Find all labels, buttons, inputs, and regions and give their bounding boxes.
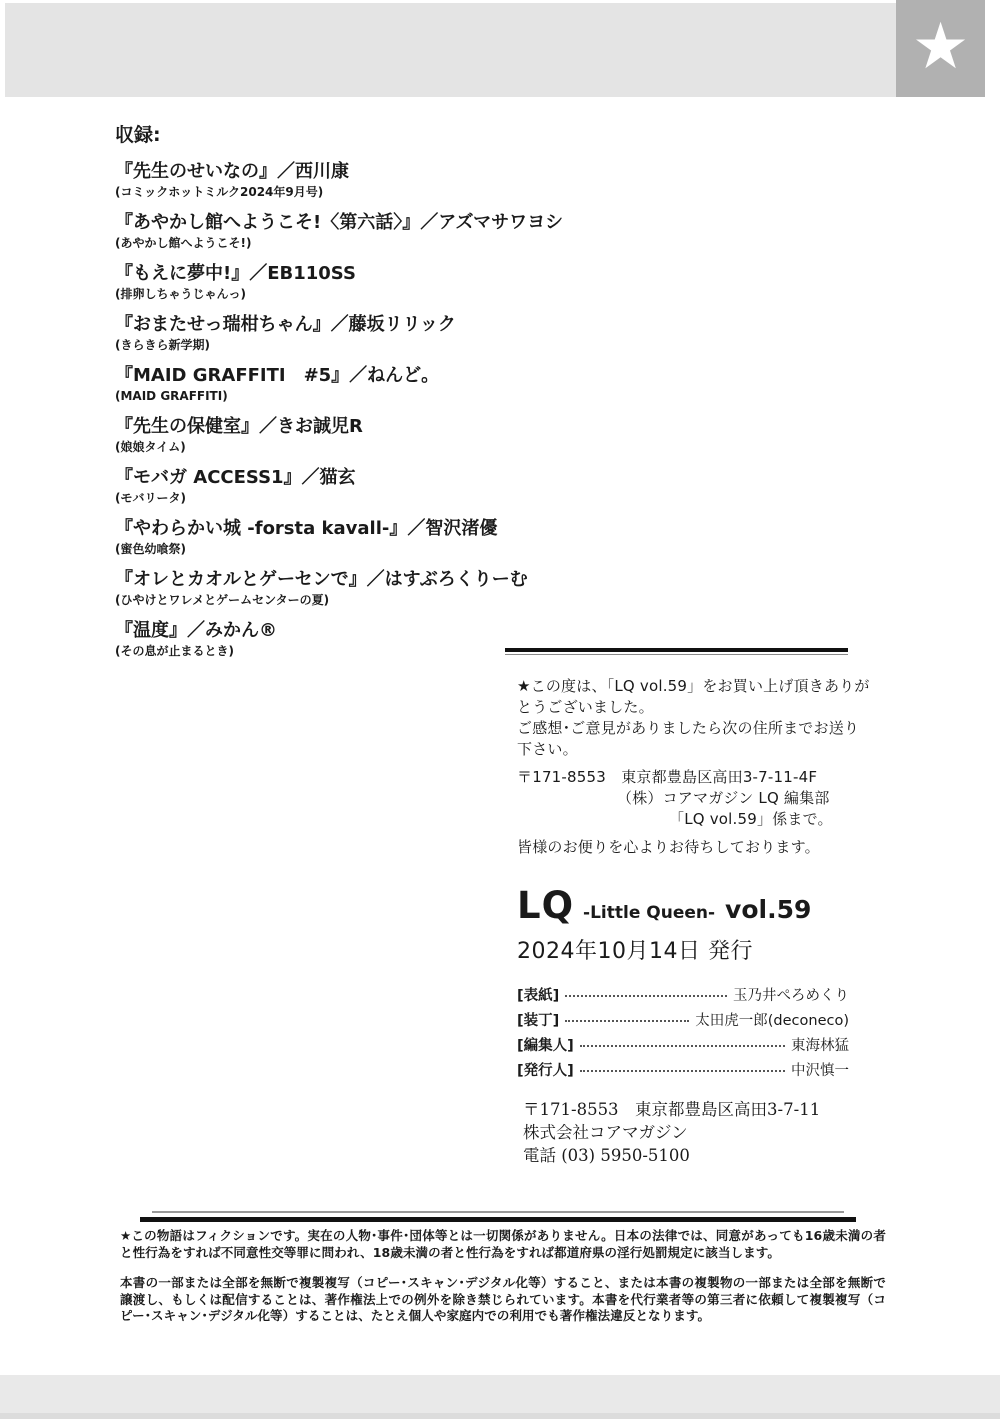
toc-entry-source: (その息が止まるとき): [115, 643, 550, 659]
credit-row: [表紙] 玉乃井ぺろめくり: [517, 982, 849, 1007]
toc-entry-title: 『おまたせっ瑞柑ちゃん』／藤坂リリック: [115, 313, 550, 336]
toc-entry-source: (モバリータ): [115, 490, 550, 506]
separator-thin-rule: [505, 654, 848, 655]
publication-date: 2024年10月14日 発行: [517, 934, 849, 965]
credit-row: [装丁] 太田虎一郎(deconeco): [517, 1007, 849, 1032]
dot-leader: [580, 1070, 785, 1072]
message-line: 下さい。: [517, 739, 865, 760]
toc-entry: 『モバガ ACCESS1』／猫玄 (モバリータ): [115, 466, 550, 506]
credit-row: [編集人] 東海林猛: [517, 1032, 849, 1057]
message-address-line: （株）コアマガジン LQ 編集部: [517, 788, 865, 809]
credit-name: 中沢慎一: [791, 1059, 849, 1080]
separator-thick-rule: [140, 1217, 856, 1222]
message-address-line: 「LQ vol.59」係まで。: [517, 809, 865, 830]
separator-thick-rule: [505, 648, 848, 652]
credit-role: [表紙]: [517, 984, 559, 1005]
dot-leader: [565, 995, 727, 997]
bottom-decorative-band: [0, 1375, 1000, 1413]
toc-entry-source: (MAID GRAFFITI): [115, 388, 550, 404]
credit-role: [装丁]: [517, 1009, 559, 1030]
toc-entry: 『温度』／みかん® (その息が止まるとき): [115, 619, 550, 659]
toc-heading: 収録:: [115, 120, 550, 147]
toc-entry: 『もえに夢中!』／EB110SS (排卵しちゃうじゃんっ): [115, 262, 550, 302]
toc-entry-title: 『モバガ ACCESS1』／猫玄: [115, 466, 550, 489]
legal-disclaimer: ★この物語はフィクションです。実在の人物･事件･団体等とは一切関係がありません。…: [120, 1228, 886, 1339]
magazine-name: LQ: [517, 886, 574, 927]
toc-entry-title: 『オレとカオルとゲーセンで』／はすぶろくりーむ: [115, 568, 550, 591]
message-separator: [505, 648, 848, 655]
toc-entry-source: (ひやけとワレメとゲームセンターの夏): [115, 592, 550, 608]
toc-entry: 『先生の保健室』／きお誠児R (娘娘タイム): [115, 415, 550, 455]
credit-name: 太田虎一郎(deconeco): [695, 1009, 849, 1030]
toc-entry: 『おまたせっ瑞柑ちゃん』／藤坂リリック (きらきら新学期): [115, 313, 550, 353]
toc-entry: 『オレとカオルとゲーセンで』／はすぶろくりーむ (ひやけとワレメとゲームセンター…: [115, 568, 550, 608]
bottom-edge-strip: [0, 1413, 1000, 1419]
dot-leader: [565, 1020, 689, 1022]
toc-entry: 『MAID GRAFFITI #5』／ねんど。 (MAID GRAFFITI): [115, 364, 550, 404]
toc-entry-title: 『もえに夢中!』／EB110SS: [115, 262, 550, 285]
credits-list: [表紙] 玉乃井ぺろめくり [装丁] 太田虎一郎(deconeco) [編集人]…: [517, 982, 849, 1082]
toc-entry-source: (娘娘タイム): [115, 439, 550, 455]
top-decorative-band: [5, 3, 985, 97]
toc-entry-source: (蜜色幼喰祭): [115, 541, 550, 557]
toc-entry-title: 『やわらかい城 -forsta kavall-』／智沢渚優: [115, 517, 550, 540]
separator-thin-rule: [152, 1211, 844, 1213]
message-line: ★この度は、「LQ vol.59」をお買い上げ頂きありが: [517, 676, 865, 697]
credit-name: 東海林猛: [791, 1034, 849, 1055]
toc-entry-title: 『先生のせいなの』／西川康: [115, 160, 550, 183]
toc-section: 収録: 『先生のせいなの』／西川康 (コミックホットミルク2024年9月号) 『…: [115, 120, 550, 670]
message-address-line: 〒171-8553 東京都豊島区高田3-7-11-4F: [517, 767, 865, 788]
toc-entry-source: (きらきら新学期): [115, 337, 550, 353]
credit-row: [発行人] 中沢慎一: [517, 1057, 849, 1082]
fiction-notice: ★この物語はフィクションです。実在の人物･事件･団体等とは一切関係がありません。…: [120, 1228, 886, 1261]
credit-name: 玉乃井ぺろめくり: [733, 984, 849, 1005]
toc-entry-title: 『MAID GRAFFITI #5』／ねんど。: [115, 364, 550, 387]
publisher-address: 〒171-8553 東京都豊島区高田3-7-11 株式会社コアマガジン 電話 (…: [523, 1098, 820, 1167]
toc-entry-title: 『先生の保健室』／きお誠児R: [115, 415, 550, 438]
disclaimer-separator: [140, 1211, 856, 1222]
credit-role: [発行人]: [517, 1059, 574, 1080]
toc-entry: 『やわらかい城 -forsta kavall-』／智沢渚優 (蜜色幼喰祭): [115, 517, 550, 557]
message-line: とうございました。: [517, 697, 865, 718]
message-line: 皆様のお便りを心よりお待ちしております。: [517, 837, 865, 858]
toc-entry: 『先生のせいなの』／西川康 (コミックホットミルク2024年9月号): [115, 160, 550, 200]
star-icon: ★: [912, 15, 969, 79]
reader-message: ★この度は、「LQ vol.59」をお買い上げ頂きありが とうございました。 ご…: [517, 676, 865, 858]
message-line: ご感想･ご意見がありましたら次の住所までお送り: [517, 718, 865, 739]
toc-entry-source: (排卵しちゃうじゃんっ): [115, 286, 550, 302]
colophon-page: ★ 収録: 『先生のせいなの』／西川康 (コミックホットミルク2024年9月号)…: [0, 0, 1000, 1419]
publication-info: LQ -Little Queen- vol.59 2024年10月14日 発行 …: [517, 886, 849, 1082]
magazine-title: LQ -Little Queen- vol.59: [517, 886, 849, 927]
star-box: ★: [896, 0, 985, 97]
toc-entry: 『あやかし館へようこそ!〈第六話〉』／アズマサワヨシ (あやかし館へようこそ!): [115, 211, 550, 251]
toc-entry-title: 『温度』／みかん®: [115, 619, 550, 642]
toc-entry-title: 『あやかし館へようこそ!〈第六話〉』／アズマサワヨシ: [115, 211, 550, 234]
dot-leader: [580, 1045, 785, 1047]
credit-role: [編集人]: [517, 1034, 574, 1055]
publisher-company: 株式会社コアマガジン: [523, 1121, 820, 1144]
publisher-phone: 電話 (03) 5950-5100: [523, 1144, 820, 1167]
toc-entry-source: (あやかし館へようこそ!): [115, 235, 550, 251]
copyright-notice: 本書の一部または全部を無断で複製複写（コピー･スキャン･デジタル化等）すること、…: [120, 1275, 886, 1325]
magazine-subtitle: -Little Queen-: [583, 903, 715, 923]
toc-entry-source: (コミックホットミルク2024年9月号): [115, 184, 550, 200]
publisher-postal-address: 〒171-8553 東京都豊島区高田3-7-11: [523, 1098, 820, 1121]
magazine-volume: vol.59: [725, 895, 811, 924]
